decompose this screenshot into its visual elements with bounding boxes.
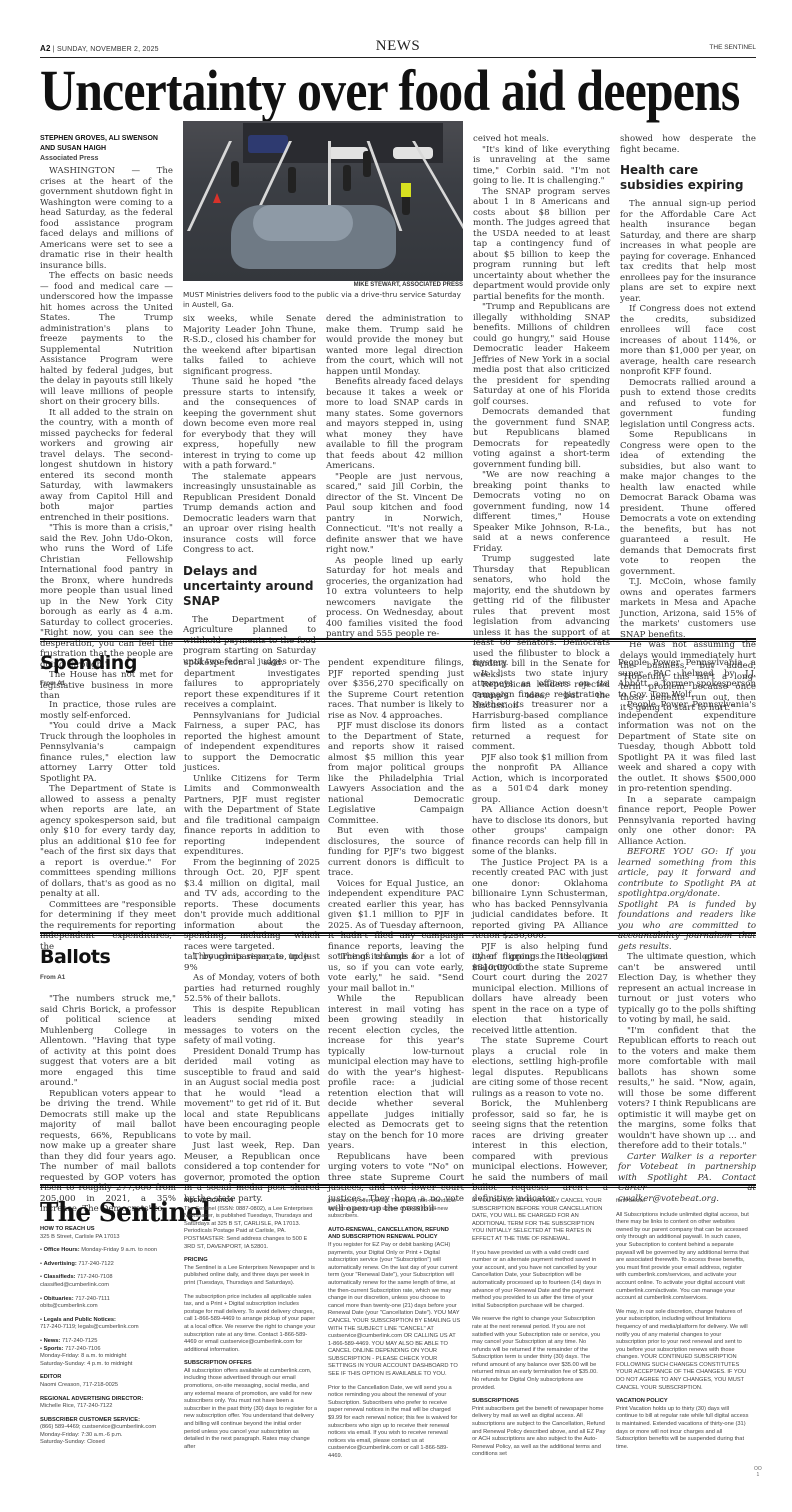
section-title-spending: Spending xyxy=(40,652,137,674)
paragraph: The Justice Project PA is a recently cre… xyxy=(472,858,608,942)
fineprint-text: We may, in our sole discretion, change f… xyxy=(616,1309,752,1393)
paragraph: In practice, those rules are mostly self… xyxy=(40,700,176,721)
paragraph: This is despite Republican leaders sendi… xyxy=(184,1005,320,1047)
paragraph: "This is more than a crisis," said the R… xyxy=(40,523,173,670)
contact-legals-value[interactable]: 717-240-7119; legals@cumberlink.com xyxy=(40,1324,180,1332)
paragraph: six weeks, while Senate Majority Leader … xyxy=(183,314,316,377)
paragraph: "Trump and Republicans are illegally wit… xyxy=(473,302,610,407)
fineprint-text: introductory offer period. There is a no… xyxy=(328,1198,462,1221)
customer-service-hours: Saturday-Sunday: Closed xyxy=(40,1439,180,1447)
section-divider xyxy=(40,932,756,936)
ballots-column-4: ity of flipping the ideological majority… xyxy=(472,952,608,1204)
tagline: Carter Walker is a reporter for Votebeat… xyxy=(618,1152,756,1205)
news-photo xyxy=(183,121,463,281)
story-column-1: STEPHEN GROVES, ALI SWENSONAND SUSAN HAI… xyxy=(40,134,173,702)
folio: A2 | SUNDAY, NOVEMBER 2, 2025 NEWS THE S… xyxy=(40,38,756,58)
contact-label: News: xyxy=(44,1338,61,1344)
paragraph: In a separate campaign finance report, P… xyxy=(618,795,756,848)
spending-column-3: pendent expenditure filings, PJF reporte… xyxy=(328,658,464,963)
customer-service-contact[interactable]: (866) 589-4469; custservice@cumberlink.c… xyxy=(40,1424,180,1432)
contact-label: Legals and Public Notices: xyxy=(44,1317,116,1323)
fineprint-text: Prior to the Cancellation Date, we will … xyxy=(328,1385,462,1461)
paragraph: WASHINGTON — The crises at the heart of … xyxy=(40,166,173,271)
bags xyxy=(248,135,288,153)
rad: Michelle Rice, 717-240-7122 xyxy=(40,1403,180,1411)
paragraph: As people lined up early Saturday for ho… xyxy=(326,556,463,640)
paragraph: T.J. McCoin, whose family owns and opera… xyxy=(620,577,756,640)
contact-news: • News: 717-240-7125 xyxy=(40,1338,180,1346)
ballots-column-5: The ultimate question, which can't be an… xyxy=(618,952,756,1204)
spending-column-2: spokesperson said. The department invest… xyxy=(184,658,320,963)
car-roof xyxy=(253,205,353,241)
subhead: Health care subsidies expiring xyxy=(620,163,756,193)
bags xyxy=(328,147,368,159)
paragraph: tal, by comparison, is up just 9% xyxy=(184,952,320,973)
contact-label: Advertising: xyxy=(44,1261,77,1267)
fineprint-text: forth below. xyxy=(616,1198,752,1206)
paragraph: showed how desperate the fight became. xyxy=(620,134,756,155)
ballots-column-1: "The numbers struck me," said Chris Bori… xyxy=(40,994,176,1215)
spending-column-4: mystery. It lists two state injury attor… xyxy=(472,658,608,973)
paragraph: From the beginning of 2025 through Oct. … xyxy=(184,858,320,953)
contact-classifieds: • Classifieds: 717-240-7108 xyxy=(40,1274,180,1282)
fineprint-heading: SUBSCRIPTION OFFERS xyxy=(184,1360,318,1368)
paragraph: Unlike Citizens for Term Limits and Comm… xyxy=(184,774,320,858)
fineprint-text: If you register for EZ Pay or debit bank… xyxy=(328,1242,462,1379)
fineprint-heading: SUBSCRIPTIONS xyxy=(472,1398,606,1406)
fineprint-text: The subscription price includes all appl… xyxy=(184,1294,318,1355)
byline-line: STEPHEN GROVES, ALI SWENSON xyxy=(40,134,173,144)
paragraph: ceived hot meals. xyxy=(473,134,610,145)
paragraph: spokesperson said. The department invest… xyxy=(184,658,320,711)
bags xyxy=(393,147,433,159)
rad-label: REGIONAL ADVERTISING DIRECTOR: xyxy=(40,1396,180,1404)
fineprint-text: IF YOU DO NOT AFFIRMATIVELY CANCEL YOUR … xyxy=(472,1198,606,1244)
paragraph: PJF also took $1 million from the nonpro… xyxy=(472,753,608,806)
address: 325 B Street, Carlisle PA 17013 xyxy=(40,1234,180,1242)
traffic-cone xyxy=(213,193,221,203)
paragraph: PJF must disclose its donors to the Depa… xyxy=(328,721,464,826)
fineprint-text: Print subscribers get the benefit of new… xyxy=(472,1406,606,1459)
paragraph: "The numbers struck me," said Chris Bori… xyxy=(40,994,176,1089)
contact-label: Office Hours: xyxy=(44,1247,80,1253)
story-column-4: ceived hot meals. "It's kind of like eve… xyxy=(473,134,610,712)
contact-value: 717-240-7125 xyxy=(62,1338,97,1344)
fineprint-text: The Sentinel (ISSN: 0887-0802), a Lee En… xyxy=(184,1206,318,1252)
paragraph: The SNAP program serves about 1 in 8 Ame… xyxy=(473,187,610,303)
paragraph: Just last week, Rep. Dan Meuser, a Repub… xyxy=(184,1141,320,1204)
contact-label: Sports: xyxy=(44,1346,64,1352)
person xyxy=(288,167,296,193)
paragraph: Republican voters appear to be driving t… xyxy=(40,1089,176,1215)
paragraph: Voices for Equal Justice, an independent… xyxy=(328,879,464,963)
subhead: Delays and uncertainty around SNAP xyxy=(183,564,316,609)
paragraph: "I'm confident that the Republican effor… xyxy=(618,1026,756,1152)
paragraph: It all added to the strain on the countr… xyxy=(40,408,173,524)
paper-name: THE SENTINEL xyxy=(709,44,756,51)
fineprint-heading: PRICING xyxy=(184,1257,318,1265)
fineprint-column-3: IF YOU DO NOT AFFIRMATIVELY CANCEL YOUR … xyxy=(472,1198,606,1459)
customer-service-label: SUBSCRIBER CUSTOMER SERVICE: xyxy=(40,1417,180,1425)
paragraph: "It's kind of like everything is unravel… xyxy=(473,145,610,187)
section-title-ballots: Ballots xyxy=(40,946,110,968)
section-name: NEWS xyxy=(40,38,756,55)
contact-sports: • Sports: 717-240-7106 xyxy=(40,1346,180,1354)
paragraph: mystery. xyxy=(472,658,608,669)
story-column-3: dered the administration to make them. T… xyxy=(326,314,463,640)
paragraph: Committees are "responsible for determin… xyxy=(40,900,176,953)
fineprint-heading: INDENTIFICATION xyxy=(184,1198,318,1206)
paragraph: "We are now reaching a breaking point th… xyxy=(473,470,610,554)
person xyxy=(231,161,239,187)
paragraph: "People are just nervous, scared," said … xyxy=(326,472,463,556)
headline: Uncertainty over food aid deepens xyxy=(40,58,656,124)
paragraph: ity of flipping the ideological majority… xyxy=(472,952,608,1036)
contact-value: Monday-Friday 9 a.m. to noon xyxy=(81,1247,157,1253)
agency: Associated Press xyxy=(40,154,173,164)
hours: Saturday-Sunday: 4 p.m. to midnight xyxy=(40,1361,180,1369)
newspaper-page: A2 | SUNDAY, NOVEMBER 2, 2025 NEWS THE S… xyxy=(40,0,756,1512)
paragraph: People Power Pennsylvania, a super PAC h… xyxy=(618,658,756,700)
contact-email[interactable]: classified@cumberlink.com xyxy=(40,1282,180,1290)
fineprint-text: All Subscriptions include unlimited digi… xyxy=(616,1212,752,1303)
story-column-5: showed how desperate the fight became. H… xyxy=(620,134,756,714)
photo-caption: MUST Ministries delivers food to the pub… xyxy=(183,290,463,310)
paragraph: If Congress does not extend the credits,… xyxy=(620,304,756,378)
contact-obituaries: • Obituaries: 717-240-7111 xyxy=(40,1296,180,1304)
fineprint-text: The Sentinel is a Lee Enterprises Newspa… xyxy=(184,1265,318,1288)
paragraph: Some Republicans in Congress were open t… xyxy=(620,430,756,577)
paragraph: The annual sign-up period for the Afford… xyxy=(620,199,756,304)
paragraph: Pennsylvanians for Judicial Fairness, a … xyxy=(184,711,320,774)
paragraph: The ultimate question, which can't be an… xyxy=(618,952,756,1026)
contact-label: Obituaries: xyxy=(44,1296,74,1302)
paragraph: pendent expenditure filings, PJF reporte… xyxy=(328,658,464,721)
paragraph: The state Supreme Court plays a crucial … xyxy=(472,1036,608,1099)
contact-advertising: • Advertising: 717-240-7122 xyxy=(40,1261,180,1269)
paragraph: The effects on basic needs — food and me… xyxy=(40,271,173,408)
jump-line: From A1 xyxy=(40,680,65,687)
byline: STEPHEN GROVES, ALI SWENSONAND SUSAN HAI… xyxy=(40,134,173,154)
fineprint-text: All subscription offers available at cum… xyxy=(184,1368,318,1452)
paragraph: Benefits already faced delays because it… xyxy=(326,377,463,472)
fineprint-column-2: introductory offer period. There is a no… xyxy=(328,1198,462,1461)
person xyxy=(363,151,371,177)
contact-email[interactable]: obits@cumberlink.com xyxy=(40,1303,180,1311)
contact-value: 717-240-7106 xyxy=(65,1346,100,1352)
fineprint-heading: VACATION POLICY xyxy=(616,1398,752,1406)
paragraph: People Power Pennsylvania's independent … xyxy=(618,700,756,795)
paragraph: But even with those disclosures, the sou… xyxy=(328,826,464,879)
paragraph: It lists two state injury attorneys as o… xyxy=(472,669,608,753)
ballots-column-2: tal, by comparison, is up just 9% As of … xyxy=(184,952,320,1204)
paragraph: Thune said he hoped "the pressure starts… xyxy=(183,377,316,472)
contact-legals: • Legals and Public Notices: xyxy=(40,1317,180,1325)
story-column-2: six weeks, while Senate Majority Leader … xyxy=(183,314,316,667)
paragraph: PA Alliance Action doesn't have to discl… xyxy=(472,805,608,858)
paragraph: Democrats demanded that the government f… xyxy=(473,407,610,470)
paragraph: The stalemate appears increasingly unsus… xyxy=(183,472,316,556)
editor: Naomi Creason, 717-218-0025 xyxy=(40,1382,180,1390)
jump-line: From A1 xyxy=(40,974,65,981)
fineprint-column-1: INDENTIFICATION The Sentinel (ISSN: 0887… xyxy=(184,1198,318,1451)
paragraph: "You could drive a Mack Truck through th… xyxy=(40,721,176,784)
page-code-line: 1 xyxy=(754,1472,762,1478)
paragraph: "Things change for a lot of us, so if yo… xyxy=(328,952,464,994)
editor-label: EDITOR xyxy=(40,1374,180,1382)
paragraph: While the Republican interest in mail vo… xyxy=(328,994,464,1152)
paragraph: Borick, the Muhlenberg professor, said s… xyxy=(472,1099,608,1204)
fineprint-column-4: forth below. All Subscriptions include u… xyxy=(616,1198,752,1451)
contact-office-hours: • Office Hours: Monday-Friday 9 a.m. to … xyxy=(40,1247,180,1255)
section-divider xyxy=(40,1184,756,1188)
paragraph: Democrats rallied around a push to exten… xyxy=(620,378,756,431)
paragraph: As of Monday, voters of both parties had… xyxy=(184,973,320,1005)
fineprint-text: Print Vacation holds up to thirty (30) d… xyxy=(616,1406,752,1452)
ballots-column-3: "Things change for a lot of us, so if yo… xyxy=(328,952,464,1215)
paragraph: President Donald Trump has derided mail … xyxy=(184,1047,320,1142)
fineprint-text: If you have provided us with a valid cre… xyxy=(472,1250,606,1311)
contact-value: 717-240-7111 xyxy=(75,1296,110,1302)
contact-label: Classifieds: xyxy=(44,1274,76,1280)
spending-column-1: In practice, those rules are mostly self… xyxy=(40,700,176,952)
safety-vest xyxy=(401,183,411,197)
customer-service-hours: Monday-Friday: 7:30 a.m.-6 p.m. xyxy=(40,1432,180,1440)
contact-value: 717-240-7122 xyxy=(78,1261,113,1267)
fineprint-text: We reserve the right to change your Subs… xyxy=(472,1316,606,1392)
spending-column-5: People Power Pennsylvania, a super PAC h… xyxy=(618,658,756,952)
page-code: OO 1 xyxy=(754,1466,762,1478)
photo-credit: MIKE STEWART, ASSOCIATED PRESS xyxy=(183,282,463,288)
contact-value: 717-240-7108 xyxy=(77,1274,112,1280)
tagline: BEFORE YOU GO: If you learned something … xyxy=(618,847,756,952)
fineprint-heading: AUTO-RENEWAL, CANCELLATION, REFUND AND S… xyxy=(328,1227,462,1242)
hours: Monday-Friday: 8 a.m. to midnight xyxy=(40,1353,180,1361)
contact-info: HOW TO REACH US 325 B Street, Carlisle P… xyxy=(40,1226,180,1447)
byline-line: AND SUSAN HAIGH xyxy=(40,144,173,154)
paragraph: The Department of State is allowed to as… xyxy=(40,784,176,900)
paragraph: dered the administration to make them. T… xyxy=(326,314,463,377)
reach-us-label: HOW TO REACH US xyxy=(40,1226,180,1234)
section-divider xyxy=(40,638,756,642)
person xyxy=(343,165,351,191)
